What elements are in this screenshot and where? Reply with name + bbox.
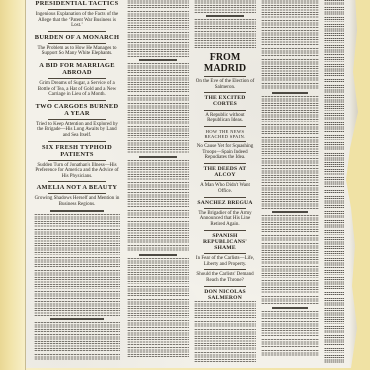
illegible-paragraph	[324, 277, 344, 290]
illegible-paragraph	[261, 83, 319, 90]
illegible-subhead	[206, 15, 244, 17]
column-rule	[48, 43, 106, 44]
body-text-block	[261, 0, 319, 364]
illegible-paragraph	[127, 330, 189, 345]
column-rule	[204, 163, 246, 164]
headline-deck: Grim Dreams of Sugar, a Service of a Bot…	[34, 81, 120, 98]
illegible-subhead	[50, 210, 103, 212]
illegible-paragraph	[324, 270, 344, 275]
headline-deck: The Problem as to How He Manages to Supp…	[34, 46, 120, 57]
illegible-paragraph	[194, 329, 256, 350]
illegible-paragraph	[324, 57, 344, 62]
illegible-paragraph	[127, 103, 189, 124]
illegible-paragraph	[324, 292, 344, 296]
illegible-paragraph	[127, 320, 189, 328]
column-rule	[48, 100, 106, 101]
illegible-paragraph	[261, 215, 319, 233]
illegible-paragraph	[127, 140, 189, 154]
headline-deck: A Man Who Didn't Want Office.	[194, 183, 256, 194]
headline-deck: Tried to Keep Attention and Explored by …	[34, 122, 120, 139]
headline-stack: PRESIDENTIAL TACTICSIngenious Explanatio…	[34, 0, 120, 208]
newspaper-column-5	[324, 0, 344, 364]
illegible-paragraph	[34, 354, 120, 360]
column-rule	[204, 110, 246, 111]
illegible-subhead	[272, 307, 308, 309]
section-headline: AMELIA NOT A BEAUTY	[34, 184, 120, 191]
illegible-paragraph	[324, 355, 344, 363]
illegible-paragraph	[324, 308, 344, 324]
illegible-paragraph	[261, 137, 319, 156]
illegible-paragraph	[34, 301, 120, 316]
newspaper-page: PRESIDENTIAL TACTICSIngenious Explanatio…	[26, 0, 358, 368]
column-rule	[204, 180, 246, 181]
section-headline: A BID FOR MARRIAGE ABROAD	[34, 62, 120, 76]
column-rule	[48, 59, 106, 60]
illegible-paragraph	[324, 64, 344, 77]
illegible-subhead	[139, 254, 177, 256]
illegible-paragraph	[34, 322, 120, 332]
section-headline: BURDEN OF A MONARCH	[34, 34, 120, 41]
section-headline: SIX FRESH TYPHOID PATIENTS	[34, 144, 120, 158]
illegible-paragraph	[127, 192, 189, 208]
illegible-paragraph	[324, 7, 344, 15]
illegible-paragraph	[127, 299, 189, 318]
column-rule	[204, 230, 246, 231]
section-headline: PRESIDENTIAL TACTICS	[34, 0, 120, 7]
illegible-paragraph	[127, 347, 189, 357]
illegible-paragraph	[324, 0, 344, 5]
illegible-paragraph	[194, 19, 256, 29]
illegible-subhead	[272, 211, 308, 213]
illegible-paragraph	[324, 230, 344, 235]
illegible-paragraph	[261, 0, 319, 18]
illegible-paragraph	[324, 79, 344, 83]
illegible-paragraph	[194, 0, 256, 13]
illegible-paragraph	[324, 122, 344, 133]
display-headline: FROM MADRID	[194, 52, 256, 74]
illegible-paragraph	[324, 258, 344, 268]
illegible-paragraph	[34, 291, 120, 299]
column-rule	[204, 269, 246, 270]
illegible-paragraph	[261, 280, 319, 294]
body-text-block	[194, 0, 256, 52]
illegible-paragraph	[324, 220, 344, 228]
section-headline: SANCHEZ BREGUA	[194, 200, 256, 206]
illegible-paragraph	[261, 266, 319, 278]
illegible-paragraph	[261, 20, 319, 28]
page-edge-shadow	[25, 0, 26, 370]
illegible-paragraph	[127, 42, 189, 57]
newspaper-column-2	[127, 0, 189, 364]
illegible-paragraph	[127, 221, 189, 243]
illegible-paragraph	[127, 245, 189, 252]
illegible-paragraph	[34, 270, 120, 289]
from-madrid-headline-stack: FROM MADRIDOn the Eve of the Election of…	[194, 52, 256, 301]
headline-deck: Sudden Turn of Jonathan's Illness—His Pr…	[34, 163, 120, 180]
illegible-paragraph	[127, 286, 189, 297]
illegible-paragraph	[324, 237, 344, 249]
illegible-paragraph	[324, 85, 344, 93]
illegible-paragraph	[127, 126, 189, 138]
illegible-paragraph	[261, 185, 319, 209]
column-rule	[204, 141, 246, 142]
illegible-paragraph	[34, 229, 120, 255]
illegible-paragraph	[324, 348, 344, 353]
column-rule	[48, 119, 106, 120]
illegible-paragraph	[324, 135, 344, 140]
illegible-paragraph	[324, 251, 344, 256]
illegible-paragraph	[261, 235, 319, 241]
column-rule	[204, 76, 246, 77]
illegible-paragraph	[324, 24, 344, 36]
headline-deck: Should the Carlists' Demand Reach the Th…	[194, 272, 256, 283]
column-rule	[204, 253, 246, 254]
headline-deck: In Fear of the Carlists—Life, Liberty an…	[194, 256, 256, 267]
column-rule	[204, 286, 246, 287]
headline-deck: No Cause Yet for Squashing Troops—Spain …	[194, 144, 256, 161]
illegible-subhead	[272, 92, 308, 94]
column-rule	[204, 92, 246, 93]
illegible-paragraph	[34, 257, 120, 268]
illegible-paragraph	[127, 182, 189, 190]
body-text-block	[324, 0, 344, 364]
section-headline: THE EXCITED CORTES	[194, 95, 256, 107]
illegible-subhead	[50, 318, 103, 320]
illegible-paragraph	[127, 75, 189, 93]
illegible-paragraph	[261, 350, 319, 357]
body-text-block	[194, 301, 256, 364]
illegible-paragraph	[261, 339, 319, 348]
illegible-paragraph	[324, 153, 344, 167]
section-headline: TWO CARGOES BURNED A YEAR	[34, 103, 120, 117]
illegible-paragraph	[324, 177, 344, 188]
body-text-block	[34, 208, 120, 363]
column-rule	[48, 141, 106, 142]
illegible-paragraph	[324, 196, 344, 209]
column-rule	[48, 31, 106, 32]
illegible-paragraph	[127, 210, 189, 219]
illegible-paragraph	[127, 0, 189, 9]
small-caps-line: HOW THE NEWS REACHED SPAIN.	[194, 129, 256, 139]
column-rule	[204, 208, 246, 209]
body-text-block	[127, 0, 189, 364]
column-rule	[48, 181, 106, 182]
headline-deck: Ingenious Explanation of the Facts of th…	[34, 12, 120, 29]
illegible-paragraph	[324, 142, 344, 151]
newspaper-scan: PRESIDENTIAL TACTICSIngenious Explanatio…	[0, 0, 370, 370]
illegible-paragraph	[194, 352, 256, 363]
illegible-paragraph	[194, 321, 256, 327]
section-headline: SPANISH REPUBLICANS' SHAME	[194, 233, 256, 252]
illegible-paragraph	[261, 30, 319, 46]
headline-deck: The Brigadier of the Army Announced that…	[194, 211, 256, 228]
illegible-paragraph	[127, 11, 189, 30]
illegible-paragraph	[261, 158, 319, 166]
illegible-paragraph	[324, 38, 344, 43]
illegible-paragraph	[127, 32, 189, 40]
illegible-paragraph	[127, 95, 189, 101]
column-rule	[48, 160, 106, 161]
illegible-paragraph	[34, 334, 120, 352]
illegible-paragraph	[261, 321, 319, 337]
illegible-paragraph	[127, 258, 189, 284]
illegible-paragraph	[324, 335, 344, 346]
illegible-paragraph	[194, 301, 256, 319]
illegible-paragraph	[194, 31, 256, 49]
column-rule	[48, 9, 106, 10]
newspaper-column-1: PRESIDENTIAL TACTICSIngenious Explanatio…	[34, 0, 120, 362]
newspaper-column-4	[261, 0, 319, 364]
headline-deck: A Republic without Republican Ideas.	[194, 113, 256, 124]
illegible-paragraph	[324, 95, 344, 111]
illegible-subhead	[139, 59, 177, 61]
illegible-paragraph	[324, 298, 344, 306]
illegible-paragraph	[261, 59, 319, 81]
illegible-paragraph	[34, 214, 120, 227]
column-rule	[204, 197, 246, 198]
illegible-paragraph	[324, 113, 344, 120]
illegible-paragraph	[261, 48, 319, 57]
headline-deck: Growing Shadows Herself and Mention in B…	[34, 196, 120, 207]
illegible-paragraph	[261, 124, 319, 135]
illegible-paragraph	[324, 169, 344, 175]
column-rule	[204, 126, 246, 127]
illegible-subhead	[139, 156, 177, 158]
illegible-paragraph	[261, 243, 319, 264]
column-rule	[48, 78, 106, 79]
illegible-paragraph	[324, 45, 344, 55]
illegible-paragraph	[324, 326, 344, 333]
newspaper-column-3: FROM MADRIDOn the Eve of the Election of…	[194, 0, 256, 364]
illegible-paragraph	[261, 296, 319, 305]
illegible-paragraph	[261, 311, 319, 319]
illegible-paragraph	[261, 96, 319, 122]
headline-deck: On the Eve of the Election of Salmeron.	[194, 79, 256, 90]
illegible-paragraph	[127, 63, 189, 73]
section-headline: DON NICOLAS SALMERON	[194, 289, 256, 301]
column-rule	[48, 193, 106, 194]
illegible-paragraph	[261, 168, 319, 183]
illegible-paragraph	[127, 160, 189, 180]
illegible-paragraph	[324, 211, 344, 218]
illegible-paragraph	[324, 17, 344, 22]
section-headline: THE DEEDS AT ALCOY	[194, 166, 256, 178]
illegible-paragraph	[324, 190, 344, 194]
